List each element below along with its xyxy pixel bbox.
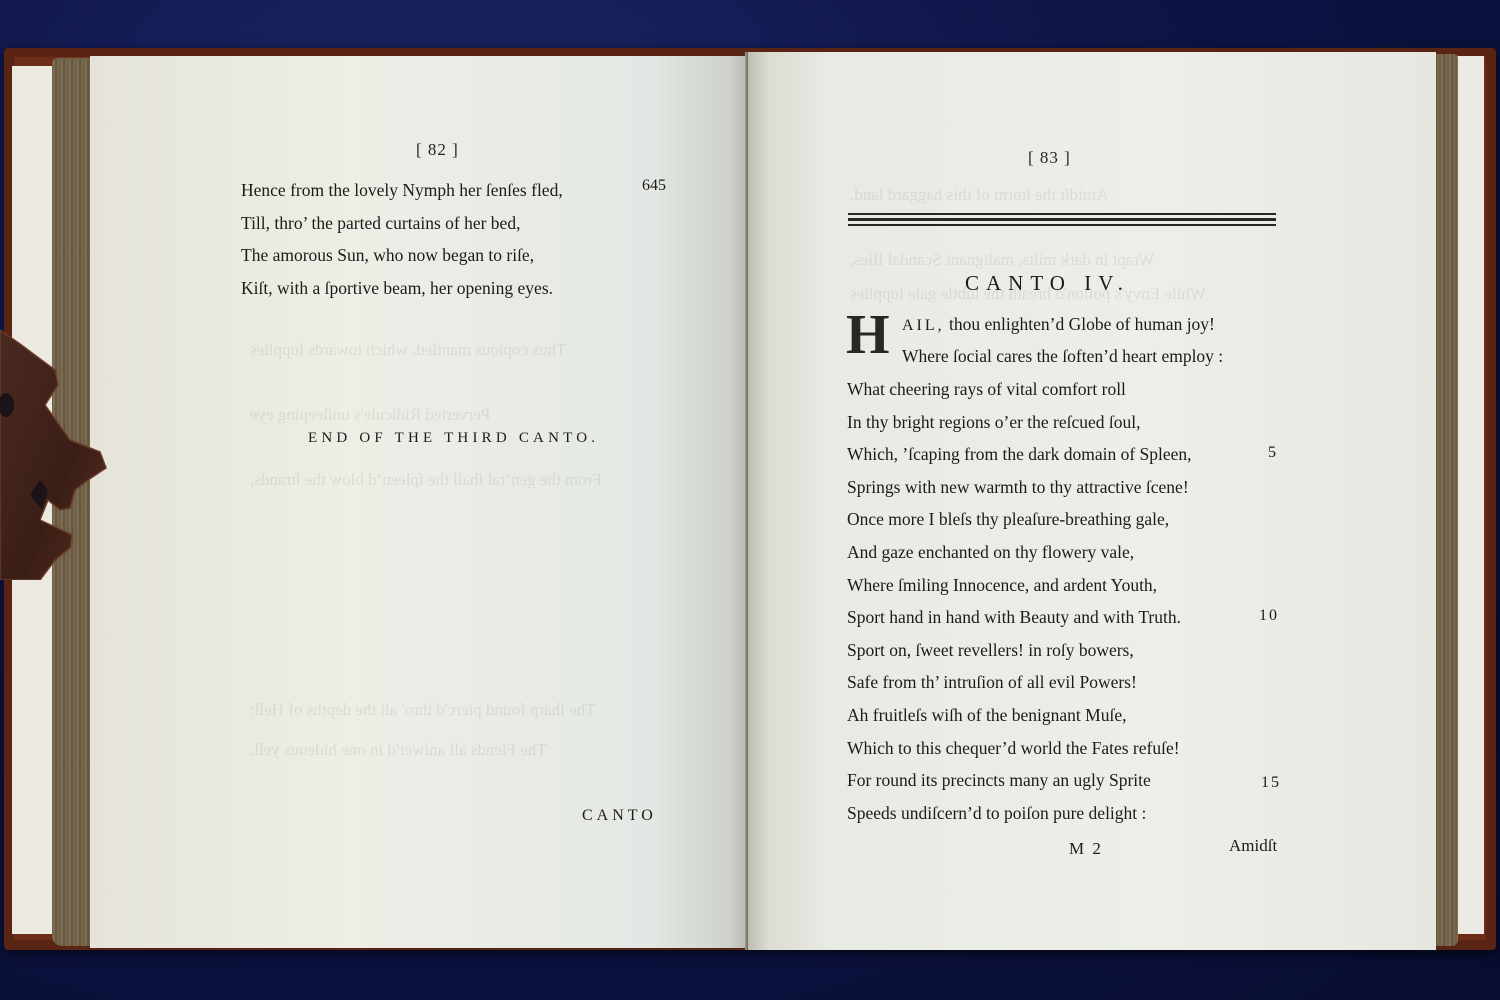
verse-line: Once more I bleſs thy pleaſure-breathing… bbox=[847, 503, 1192, 536]
verse-line: And gaze enchanted on thy flowery vale, bbox=[847, 536, 1192, 569]
verse-line: Which to this chequer’d world the Fates … bbox=[847, 732, 1192, 765]
verse-line: Ah fruitleſs wiſh of the benignant Muſe, bbox=[847, 699, 1192, 732]
line-number: 645 bbox=[642, 177, 666, 195]
verse-line: Hence from the lovely Nymph her ſenſes f… bbox=[241, 174, 563, 207]
triple-rule-ornament bbox=[848, 213, 1276, 227]
verse-line: Which, ’ſcaping from the dark domain of … bbox=[847, 438, 1192, 471]
canto-title: CANTO IV. bbox=[965, 271, 1130, 296]
show-through-text: The ſharp found pierc'd thro' all the de… bbox=[250, 700, 596, 720]
line-number: 10 bbox=[1259, 607, 1279, 625]
verse-line: Speeds undiſcern’d to poiſon pure deligh… bbox=[847, 797, 1192, 830]
page-number-left: [ 82 ] bbox=[416, 140, 459, 160]
verse-line: Where ſmiling Innocence, and ardent Yout… bbox=[847, 569, 1192, 602]
verse-line: Safe from th’ intruſion of all evil Powe… bbox=[847, 666, 1192, 699]
first-word-caps: AIL, bbox=[902, 317, 945, 334]
signature-mark: M 2 bbox=[1069, 839, 1103, 859]
show-through-text: Perverted Ridicule's unſleeping eye bbox=[250, 405, 491, 425]
verse-line: What cheering rays of vital comfort roll bbox=[847, 373, 1192, 406]
verse-line: In thy bright regions o’er the reſcued ſ… bbox=[847, 406, 1192, 439]
drop-cap: H bbox=[846, 310, 890, 360]
catchword-left: CANTO bbox=[582, 807, 657, 825]
right-endpaper bbox=[1456, 56, 1484, 934]
verse-line: Till, thro’ the parted curtains of her b… bbox=[241, 207, 563, 240]
end-of-canto-note: END OF THE THIRD CANTO. bbox=[308, 430, 599, 447]
page-clip-weight bbox=[0, 330, 115, 580]
show-through-text: Thus copious mantled, which towards ſupp… bbox=[250, 340, 566, 360]
verse-indented: Where ſocial cares the ſoften’d heart em… bbox=[902, 340, 1223, 373]
verse-line: Kiſt, with a ſportive beam, her opening … bbox=[241, 272, 563, 305]
show-through-text: Wrapt in dark miſts, malignant Scandal f… bbox=[850, 250, 1154, 270]
verse-line: For round its precincts many an ugly Spr… bbox=[847, 764, 1192, 797]
first-verse-line: AIL, thou enlighten’d Globe of human joy… bbox=[902, 314, 1215, 335]
verse-line: The amorous Sun, who now began to riſe, bbox=[241, 239, 563, 272]
line-number: 15 bbox=[1261, 774, 1281, 792]
line-number: 5 bbox=[1268, 444, 1276, 462]
right-verse-block: What cheering rays of vital comfort roll… bbox=[847, 373, 1192, 829]
show-through-text: Amidſt the ſtorm of this haggard land, bbox=[850, 185, 1108, 205]
catchword-right: Amidſt bbox=[1229, 836, 1277, 856]
page-number-right: [ 83 ] bbox=[1028, 148, 1071, 168]
show-through-text: From the gen’ral ſhall the ſpleen’d blow… bbox=[250, 470, 602, 490]
verse-line: Sport on, ſweet revellers! in roſy bower… bbox=[847, 634, 1192, 667]
verse-line: Sport hand in hand with Beauty and with … bbox=[847, 601, 1192, 634]
first-line-text: thou enlighten’d Globe of human joy! bbox=[949, 314, 1215, 334]
verse-line: Springs with new warmth to thy attractiv… bbox=[847, 471, 1192, 504]
verse-line: Where ſocial cares the ſoften’d heart em… bbox=[902, 340, 1223, 373]
show-through-text: The Fiends all anſwer'd in one hideous y… bbox=[250, 740, 547, 760]
left-verse-block: Hence from the lovely Nymph her ſenſes f… bbox=[241, 174, 563, 304]
